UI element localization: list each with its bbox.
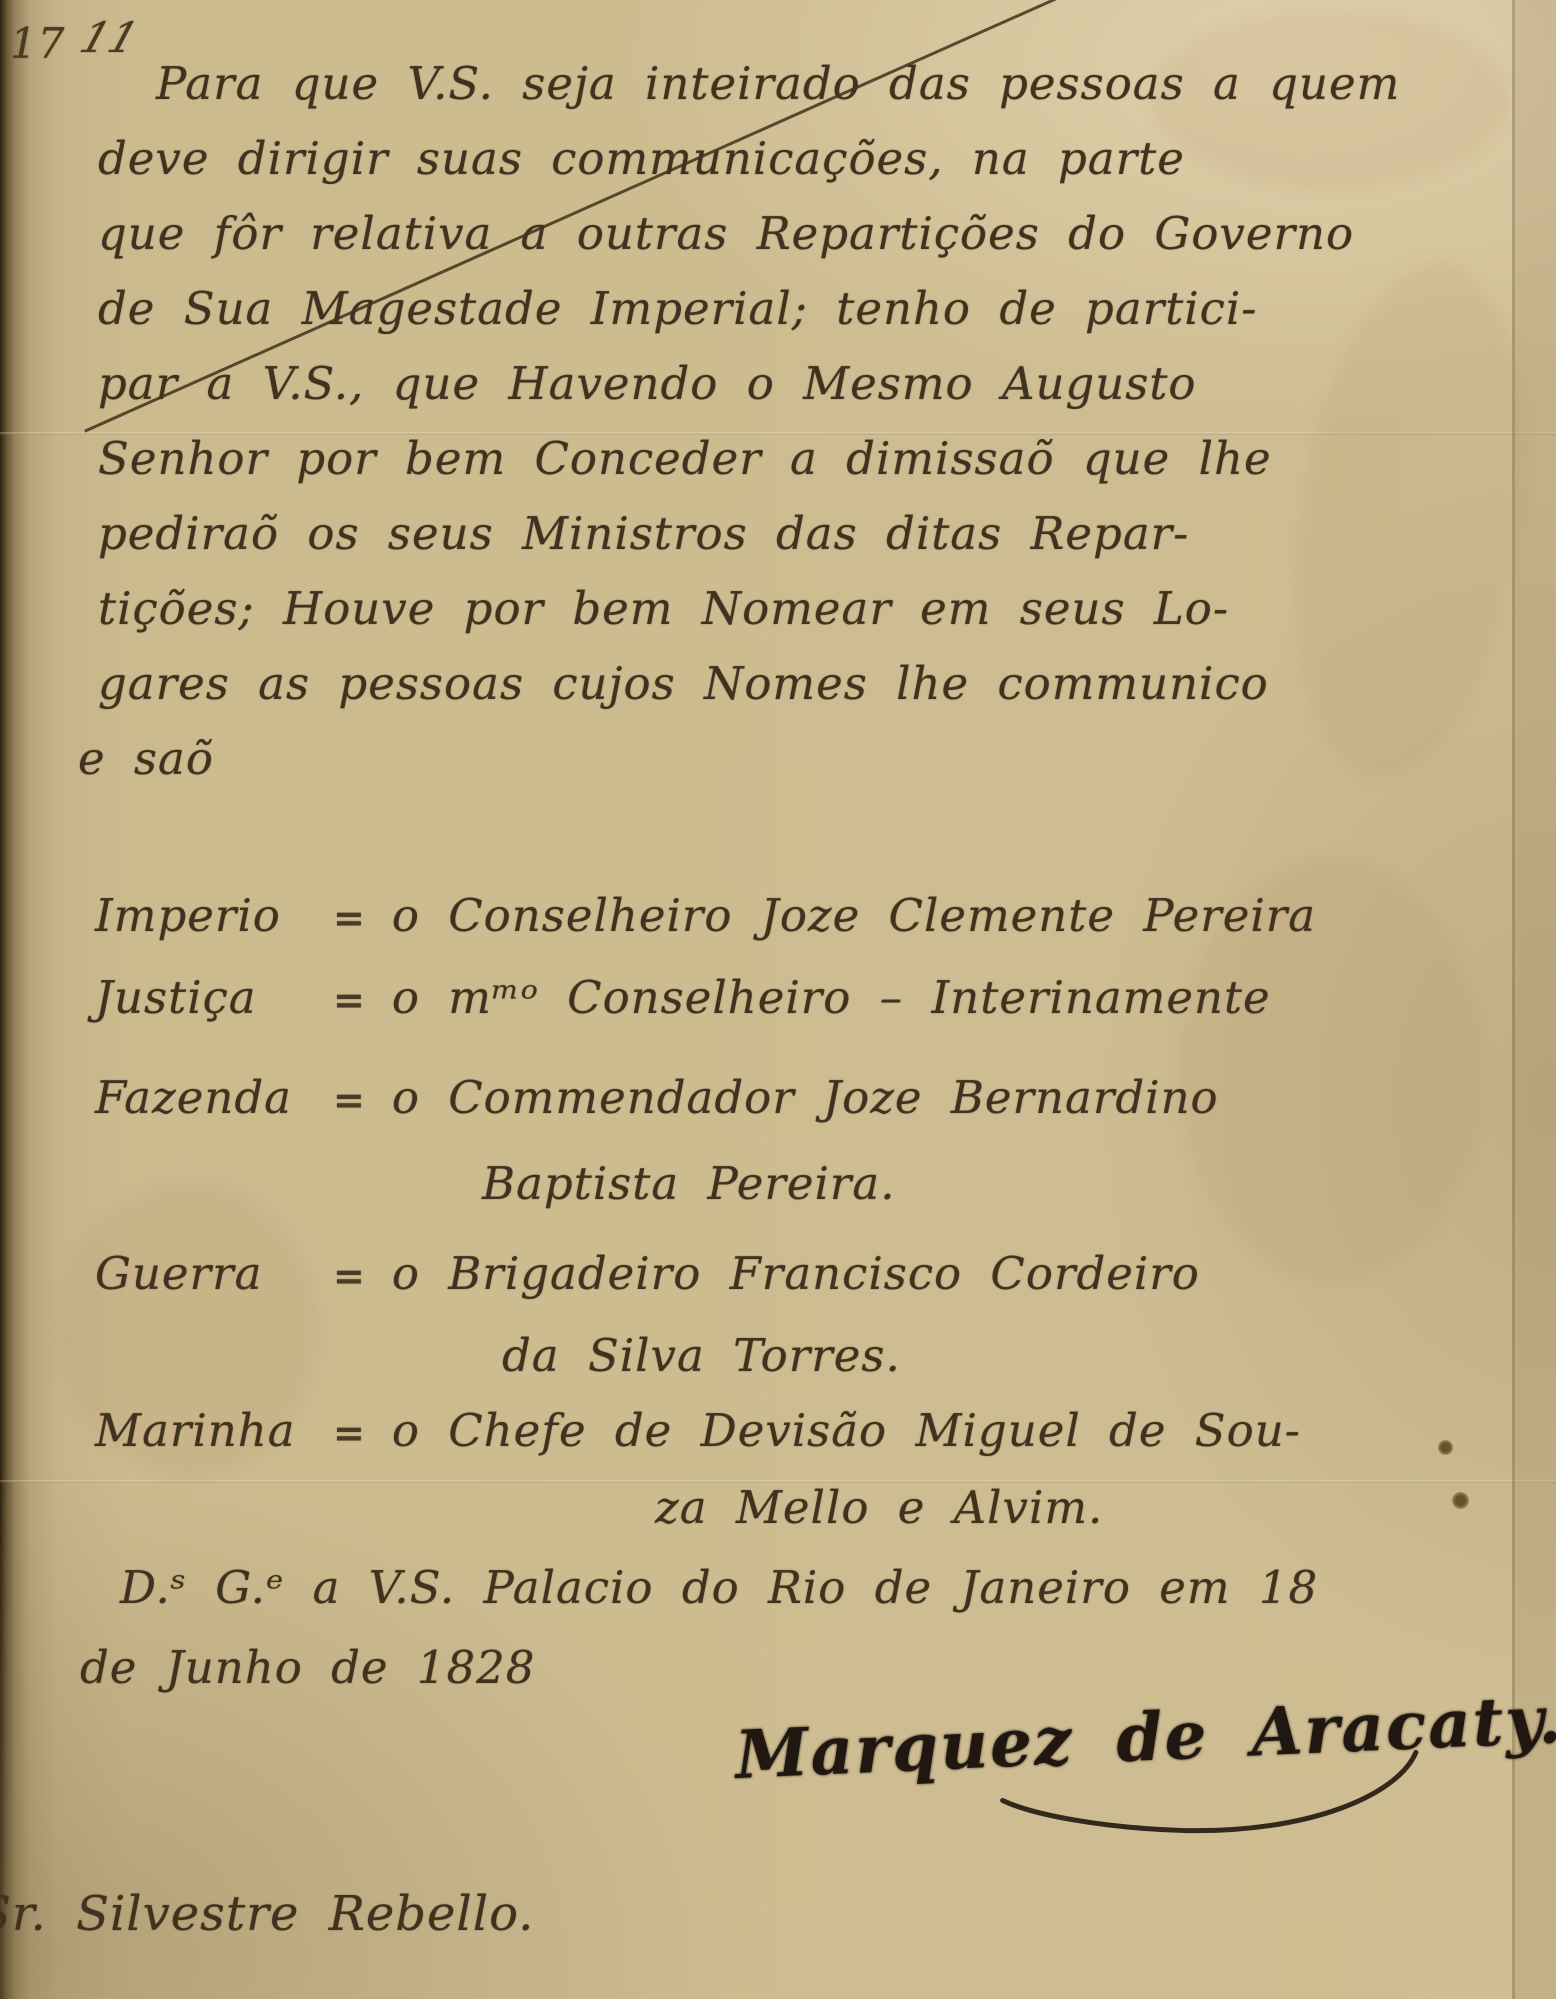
appointee-name: o Chefe de Devisão Miguel de Sou- xyxy=(392,1395,1301,1467)
equals-separator: = xyxy=(333,1397,366,1469)
appointment-row: Fazenda = o Commendador Joze Bernardino xyxy=(95,1062,1219,1136)
body-line: de Sua Magestade Imperial; tenho de part… xyxy=(98,273,1257,345)
body-line: deve dirigir suas communicações, na part… xyxy=(98,123,1185,195)
equals-separator: = xyxy=(333,1064,366,1136)
paper-speck xyxy=(1438,1440,1453,1455)
body-line: Para que V.S. seja inteirado das pessoas… xyxy=(98,48,1400,120)
body-line: Senhor por bem Conceder a dimissaõ que l… xyxy=(98,423,1272,495)
appointment-row: Imperio = o Conselheiro Joze Clemente Pe… xyxy=(95,880,1316,954)
manuscript-page: 17 11 Para que V.S. seja inteirado das p… xyxy=(0,0,1556,1999)
body-line: e saõ xyxy=(78,723,214,795)
closing-line: D.ˢ G.ᵉ a V.S. Palacio do Rio de Janeiro… xyxy=(120,1552,1318,1624)
signature-block: Marquez de Aracaty. xyxy=(734,1680,1556,1794)
appointee-name: o Conselheiro Joze Clemente Pereira xyxy=(392,880,1316,952)
body-line: tições; Houve por bem Nomear em seus Lo- xyxy=(98,573,1229,645)
ministry-name: Fazenda xyxy=(95,1062,327,1134)
body-line: par a V.S., que Havendo o Mesmo Augusto xyxy=(98,348,1197,420)
body-line: que fôr relativa a outras Repartições do… xyxy=(98,198,1354,270)
appointment-row: Marinha = o Chefe de Devisão Miguel de S… xyxy=(95,1395,1301,1469)
closing-line-date: de Junho de 1828 xyxy=(80,1632,535,1704)
appointee-name: o mᵐᵒ Conselheiro – Interinamente xyxy=(392,962,1271,1034)
paper-speck xyxy=(1452,1492,1469,1509)
ministry-name: Guerra xyxy=(95,1238,327,1310)
appointee-name: o Brigadeiro Francisco Cordeiro xyxy=(392,1238,1200,1310)
equals-separator: = xyxy=(333,1240,366,1312)
appointee-name-continued: da Silva Torres. xyxy=(502,1320,901,1392)
ministry-name: Imperio xyxy=(95,880,327,952)
ministry-name: Justiça xyxy=(95,962,327,1034)
appointment-row: Guerra = o Brigadeiro Francisco Cordeiro xyxy=(95,1238,1200,1312)
body-line: pediraõ os seus Ministros das ditas Repa… xyxy=(98,498,1189,570)
equals-separator: = xyxy=(333,882,366,954)
appointee-name-continued: za Mello e Alvim. xyxy=(655,1472,1103,1544)
body-line: gares as pessoas cujos Nomes lhe communi… xyxy=(98,648,1269,720)
equals-separator: = xyxy=(333,964,366,1036)
appointment-row: Justiça = o mᵐᵒ Conselheiro – Interiname… xyxy=(95,962,1271,1036)
appointee-name: o Commendador Joze Bernardino xyxy=(392,1062,1219,1134)
ministry-name: Marinha xyxy=(95,1395,327,1467)
addressee-name: Sr. Silvestre Rebello. xyxy=(0,1878,534,1950)
appointee-name-continued: Baptista Pereira. xyxy=(482,1148,896,1220)
